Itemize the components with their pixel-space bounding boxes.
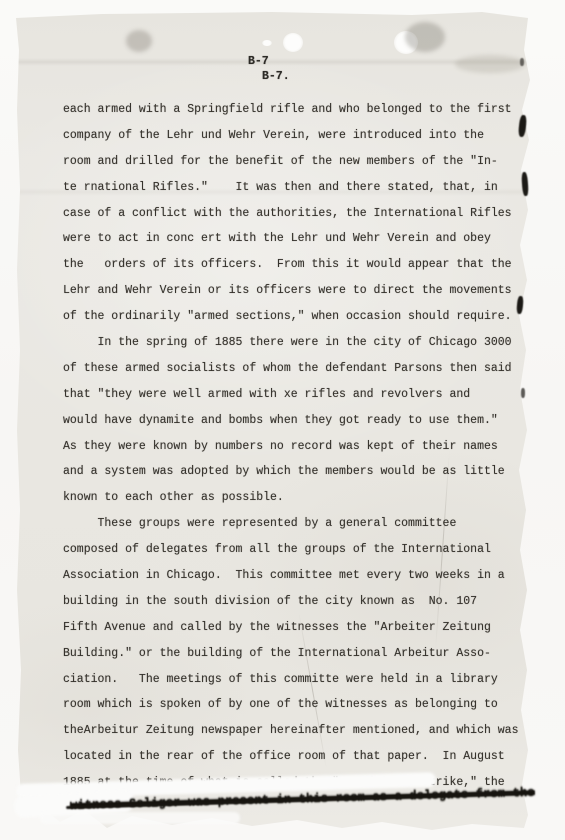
smudge [455,55,525,73]
typed-line: each armed with a Springfield rifle and … [63,97,533,123]
typed-line: case of a conflict with the authorities,… [63,201,533,227]
typed-line: te rnational Rifles." It was then and th… [63,175,533,201]
typed-line: of these armed socialists of whom the de… [63,356,533,382]
typed-line: building in the south division of the ci… [63,589,533,615]
tear-streak [40,812,240,824]
typed-line: and a system was adopted by which the me… [63,459,533,485]
typed-line: were to act in conc ert with the Lehr un… [63,226,533,252]
typed-line: theArbeitur Zeitung newspaper hereinafte… [63,718,533,744]
typed-line: room and drilled for the benefit of the … [63,149,533,175]
typed-line: As they were known by numbers no record … [63,434,533,460]
typed-line: company of the Lehr und Wehr Verein, wer… [63,123,533,149]
typed-line: Association in Chicago. This committee m… [63,563,533,589]
typed-line: the orders of its officers. From this it… [63,252,533,278]
typed-line: of the ordinarily "armed sections," when… [63,304,533,330]
typed-line: Fifth Avenue and called by the witnesses… [63,615,533,641]
typed-line: Building." or the building of the Intern… [63,641,533,667]
smudge [126,30,152,52]
paper-hole [262,40,272,46]
typed-line: known to each other as possible. [63,485,533,511]
typed-line: composed of delegates from all the group… [63,537,533,563]
page-label-primary: B-7 [248,55,269,68]
smudge [405,22,445,52]
paper-hole [283,33,303,52]
typed-line: ciation. The meetings of this committe w… [63,667,533,693]
typed-line: would have dynamite and bombs when they … [63,408,533,434]
typed-line: These groups were represented by a gener… [63,511,533,537]
typed-line: In the spring of 1885 there were in the … [63,330,533,356]
scan-background: B-7 B-7. each armed with a Springfield r… [0,0,565,840]
typed-line: located in the rear of the office room o… [63,744,533,770]
typed-line: Lehr and Wehr Verein or its officers wer… [63,278,533,304]
page-label-secondary: B-7. [262,70,290,83]
typed-line: that "they were well armed with xe rifle… [63,382,533,408]
typed-line: room which is spoken of by one of the wi… [63,692,533,718]
typed-text: each armed with a Springfield rifle and … [63,97,533,796]
torn-edge-mark [520,58,524,66]
